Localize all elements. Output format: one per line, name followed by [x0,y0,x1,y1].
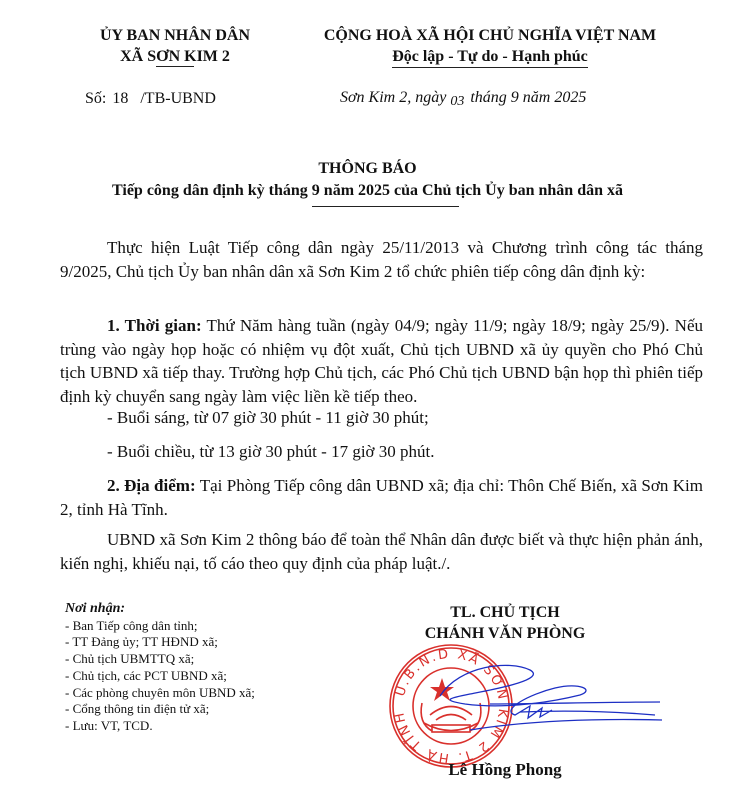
authority-underline [156,66,194,67]
document-title: THÔNG BÁO Tiếp công dân định kỳ tháng 9 … [0,158,735,202]
signature-title: TL. CHỦ TỊCH CHÁNH VĂN PHÒNG [395,602,615,644]
doc-code: /TB-UBND [140,90,216,107]
section-time-label: 1. Thời gian: [107,316,202,335]
morning-hours: - Buổi sáng, từ 07 giờ 30 phút - 11 giờ … [60,406,703,430]
recipient-item: - Ban Tiếp công dân tỉnh; [65,618,255,635]
recipient-item: - TT Đảng ủy; TT HĐND xã; [65,634,255,651]
date-day: 03 [450,94,464,109]
handwritten-signature-icon [430,660,665,745]
issuing-authority: ỦY BAN NHÂN DÂN XÃ SƠN KIM 2 [50,25,300,67]
nation-name: CỘNG HOÀ XÃ HỘI CHỦ NGHĨA VIỆT NAM [295,25,685,46]
signer-role-line2: CHÁNH VĂN PHÒNG [395,623,615,644]
section-location-label: 2. Địa điểm: [107,476,196,495]
recipient-item: - Cổng thông tin điện tử xã; [65,701,255,718]
document-number: Số:18/TB-UBND [85,90,216,108]
national-heading: CỘNG HOÀ XÃ HỘI CHỦ NGHĨA VIỆT NAM Độc l… [295,25,685,68]
national-motto: Độc lập - Tự do - Hạnh phúc [392,47,588,68]
recipient-item: - Lưu: VT, TCD. [65,718,255,735]
section-time: 1. Thời gian: Thứ Năm hàng tuần (ngày 04… [60,314,703,408]
recipient-item: - Chủ tịch UBMTTQ xã; [65,651,255,668]
recipients-block: Nơi nhận: - Ban Tiếp công dân tỉnh; - TT… [65,601,255,735]
title-main: THÔNG BÁO [0,158,735,180]
title-subtitle: Tiếp công dân định kỳ tháng 9 năm 2025 c… [0,180,735,202]
afternoon-hours: - Buổi chiều, từ 13 giờ 30 phút - 17 giờ… [60,440,703,464]
recipient-item: - Chủ tịch, các PCT UBND xã; [65,668,255,685]
section-location: 2. Địa điểm: Tại Phòng Tiếp công dân UBN… [60,474,703,521]
signer-role-line1: TL. CHỦ TỊCH [395,602,615,623]
title-divider [312,206,459,207]
doc-number-value: 18 [112,90,128,107]
authority-line1: ỦY BAN NHÂN DÂN [50,25,300,46]
recipients-label: Nơi nhận: [65,601,255,618]
intro-paragraph: Thực hiện Luật Tiếp công dân ngày 25/11/… [60,236,703,283]
authority-line2: XÃ SƠN KIM 2 [120,46,230,67]
signer-name: Lê Hồng Phong [395,760,615,780]
closing-paragraph: UBND xã Sơn Kim 2 thông báo để toàn thể … [60,528,703,575]
recipient-item: - Các phòng chuyên môn UBND xã; [65,685,255,702]
issue-date: Sơn Kim 2, ngày03tháng 9 năm 2025 [340,89,586,107]
